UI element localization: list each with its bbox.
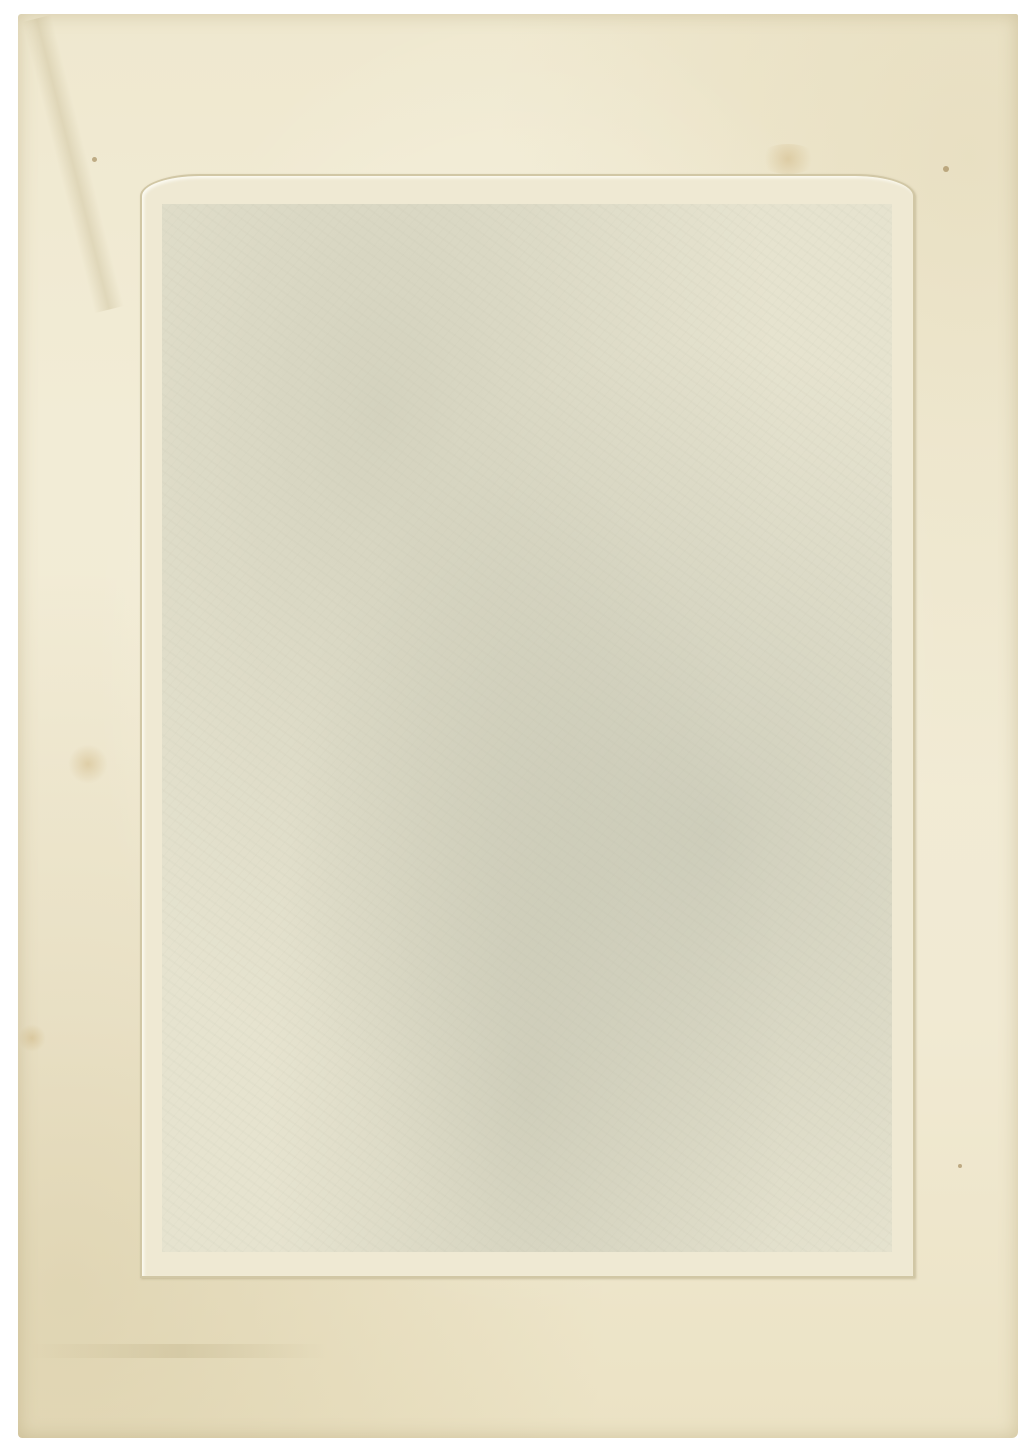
foxing-left (68, 744, 108, 784)
foxing-left-lower (18, 1024, 46, 1052)
pin-hole-top-right (943, 166, 949, 172)
crease-bottom-left (28, 1344, 328, 1358)
paper-sheet (18, 14, 1018, 1438)
pin-hole-top-left (92, 157, 97, 162)
foxing-top-right (758, 144, 818, 174)
spot-right (958, 1164, 962, 1168)
print-image-area (162, 204, 892, 1252)
crease-left (22, 15, 124, 313)
plate-mark (140, 174, 915, 1278)
